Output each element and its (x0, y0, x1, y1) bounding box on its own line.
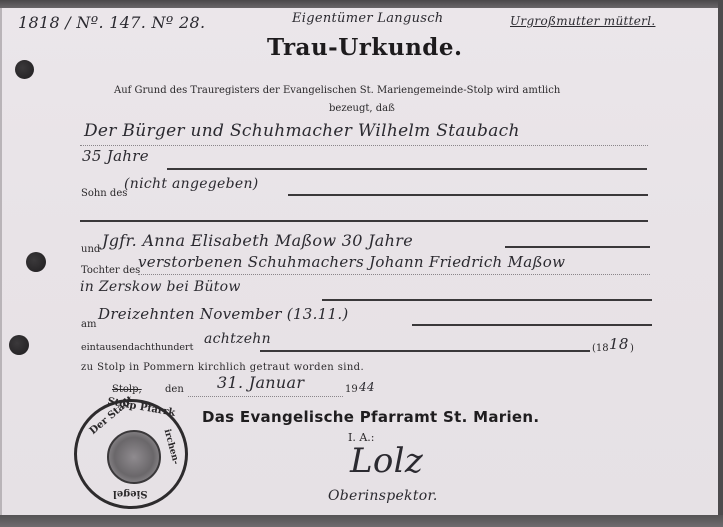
punch-hole (15, 60, 34, 79)
issued-date: 31. Januar (217, 373, 304, 392)
issued-year-value: 44 (359, 380, 375, 394)
fill-rule (288, 194, 648, 196)
church-seal: Der Stadt Stolp Pfarrk irchen- Siegel (74, 399, 188, 509)
preamble-line-1: Auf Grund des Trauregisters der Evangeli… (114, 85, 560, 96)
bride-name: Jgfr. Anna Elisabeth Maßow 30 Jahre (102, 231, 413, 250)
seal-inscription: Siegel (113, 488, 148, 499)
fill-rule (167, 168, 647, 170)
son-of-value: (nicht angegeben) (124, 176, 259, 192)
und-label: und (81, 244, 100, 255)
wedding-day: Dreizehnten November (13.11.) (98, 305, 349, 323)
year-digits-value: 18 (609, 335, 629, 353)
son-of-label: Sohn des (81, 188, 127, 199)
closing-line: zu Stolp in Pommern kirchlich getraut wo… (81, 362, 364, 373)
year-digits-suffix: ) (630, 343, 634, 354)
punch-hole (26, 252, 46, 272)
bride-residence: in Zerskow bei Bütow (80, 279, 241, 295)
groom-age: 35 Jahre (82, 147, 149, 165)
fill-rule (80, 220, 648, 222)
signature-name: Lolz (350, 441, 423, 481)
daughter-of-label: Tochter des (81, 265, 140, 276)
fill-rule (260, 350, 590, 352)
marriage-certificate: 1818 / Nº. 147. Nº 28. Eigentümer Langus… (0, 8, 718, 516)
den-label: den (165, 384, 184, 395)
preamble-line-2: bezeugt, daß (329, 103, 395, 114)
margin-annotation-owner: Eigentümer Langusch (292, 11, 443, 26)
coat-of-arms-icon (107, 430, 161, 484)
issuing-office: Das Evangelische Pfarramt St. Marien. (202, 408, 539, 426)
wedding-year-words: achtzehn (204, 331, 271, 347)
fill-rule (412, 324, 652, 326)
punch-hole (9, 335, 29, 355)
issued-year-prefix: 19 (345, 384, 358, 395)
groom-name: Der Bürger und Schuhmacher Wilhelm Staub… (84, 121, 520, 141)
fill-rule (322, 299, 652, 301)
signature-title: Oberinspektor. (328, 488, 438, 504)
fill-rule (505, 246, 650, 248)
document-title: Trau-Urkunde. (267, 34, 463, 61)
dotted-rule (188, 396, 343, 397)
year-label: eintausendachthundert (81, 342, 193, 353)
register-number: 1818 / Nº. 147. Nº 28. (18, 13, 205, 32)
dotted-rule (138, 274, 650, 275)
year-digits-prefix: (18 (592, 343, 609, 354)
am-label: am (81, 319, 96, 330)
scan-border-right (718, 0, 723, 527)
daughter-of-value: verstorbenen Schuhmachers Johann Friedri… (138, 253, 565, 271)
margin-annotation-relation: Urgroßmutter mütterl. (510, 14, 655, 28)
dotted-rule (80, 145, 648, 146)
issued-place: Stolp, (112, 384, 142, 395)
seal-inscription: irchen- (162, 428, 181, 466)
scan-border-bottom (0, 515, 723, 527)
